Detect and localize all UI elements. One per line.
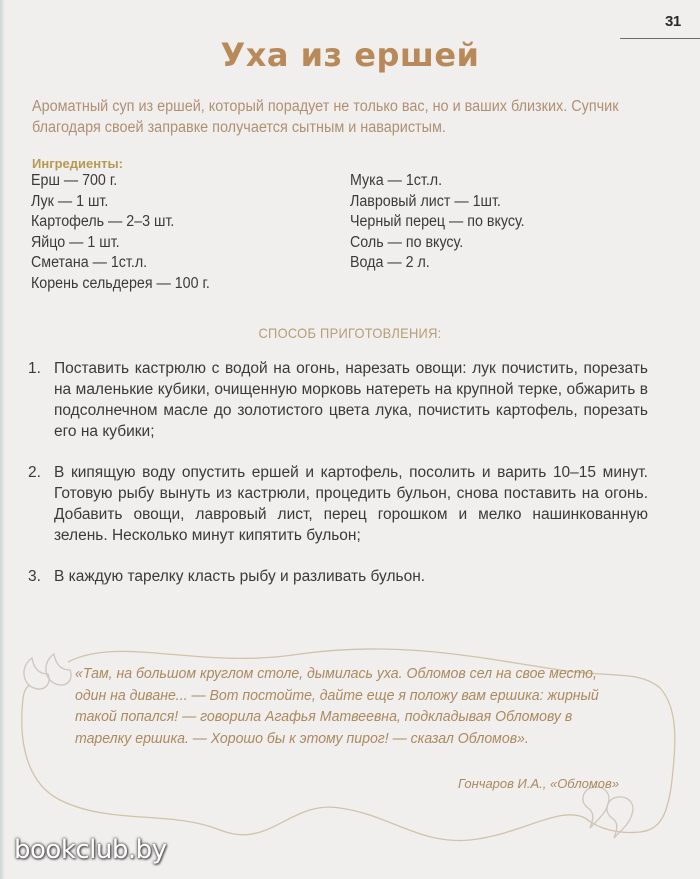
recipe-intro: Ароматный суп из ершей, который порадует… xyxy=(32,96,627,138)
ingredient-item: Корень сельдерея — 100 г. xyxy=(31,274,210,295)
step-number: 1. xyxy=(28,358,41,379)
ingredient-item: Ерш — 700 г. xyxy=(31,171,210,192)
ingredient-item: Соль — по вкусу. xyxy=(350,233,525,254)
step-text: Поставить кастрюлю с водой на огонь, нар… xyxy=(54,358,648,442)
ingredients-list-left: Ерш — 700 г. Лук — 1 шт. Картофель — 2–3… xyxy=(31,171,210,294)
ingredient-item: Сметана — 1ст.л. xyxy=(31,253,210,274)
method-steps: 1. Поставить кастрюлю с водой на огонь, … xyxy=(28,358,648,607)
step-text: В кипящую воду опустить ершей и картофел… xyxy=(54,462,648,546)
method-step: 2. В кипящую воду опустить ершей и карто… xyxy=(28,462,648,546)
method-step: 1. Поставить кастрюлю с водой на огонь, … xyxy=(28,358,648,442)
ingredients-list-right: Мука — 1ст.л. Лавровый лист — 1шт. Черны… xyxy=(350,171,525,274)
ingredient-item: Лук — 1 шт. xyxy=(31,192,210,213)
ingredient-item: Лавровый лист — 1шт. xyxy=(350,192,525,213)
method-heading: СПОСОБ ПРИГОТОВЛЕНИЯ: xyxy=(28,325,672,341)
recipe-title: Уха из ершей xyxy=(0,36,700,74)
ingredient-item: Вода — 2 л. xyxy=(350,253,525,274)
ingredient-item: Картофель — 2–3 шт. xyxy=(31,212,210,233)
open-quote-icon xyxy=(24,654,71,689)
ingredient-item: Мука — 1ст.л. xyxy=(350,171,525,192)
method-step: 3. В каждую тарелку класть рыбу и разлив… xyxy=(28,566,648,587)
literary-quote: «Там, на большом круглом столе, дымилась… xyxy=(75,663,630,749)
ingredients-label: Ингредиенты: xyxy=(32,156,123,171)
page-number: 31 xyxy=(665,13,681,30)
ingredient-item: Яйцо — 1 шт. xyxy=(31,233,210,254)
step-text: В каждую тарелку класть рыбу и разливать… xyxy=(54,566,648,587)
step-number: 3. xyxy=(28,566,41,587)
step-number: 2. xyxy=(28,462,41,483)
ingredient-item: Черный перец — по вкусу. xyxy=(350,212,525,233)
watermark: bookclub.by xyxy=(14,835,167,865)
quote-attribution: Гончаров И.А., «Обломов» xyxy=(458,776,619,791)
